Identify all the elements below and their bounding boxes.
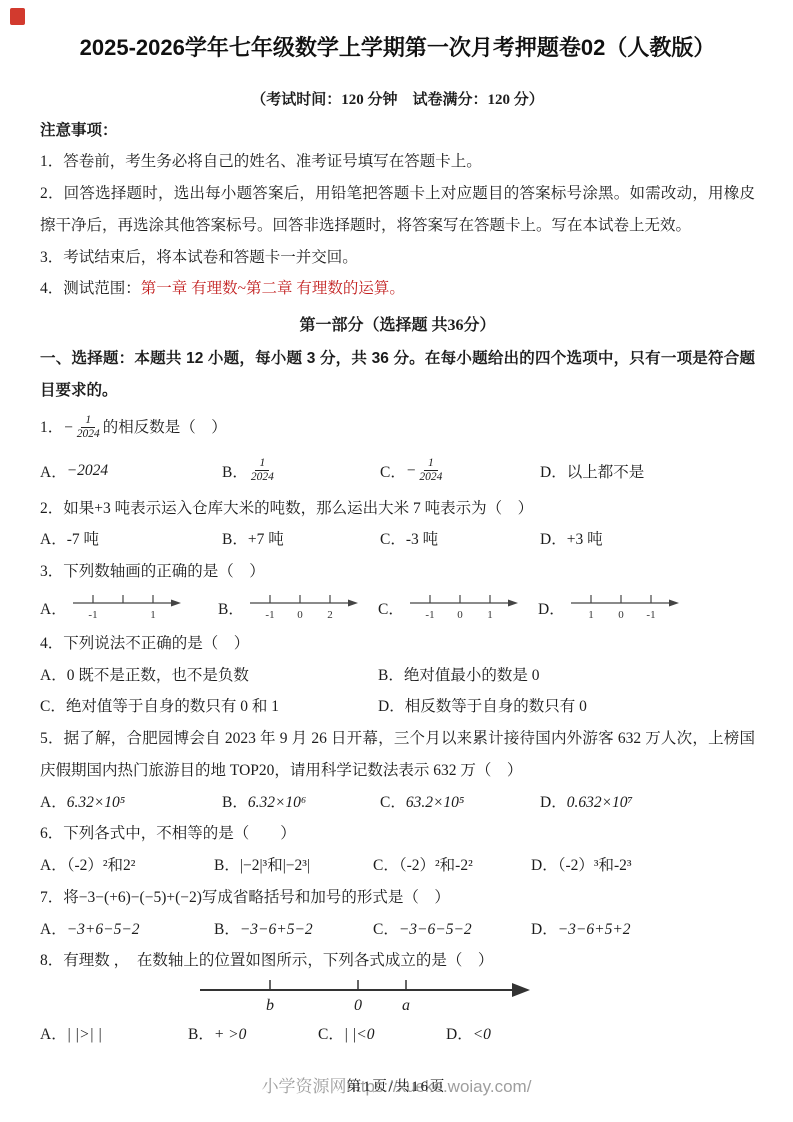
option-text: +7 吨: [248, 531, 284, 548]
option-label: D．: [540, 531, 567, 548]
option-a: A．-7 吨: [40, 524, 222, 556]
fraction-denominator: 2024: [250, 471, 275, 484]
option-text: （-2）³和-2³: [558, 857, 632, 874]
option-text: 绝对值等于自身的数只有 0 和 1: [66, 698, 279, 715]
option-text: 相反数等于自身的数只有 0: [405, 698, 587, 715]
notice-item-4-test-range: 第一章 有理数~第二章 有理数的运算。: [141, 280, 405, 297]
question-4-stem: 4．下列说法不正确的是（ ）: [40, 628, 755, 660]
option-minus: −: [406, 462, 416, 480]
option-label: C．: [380, 460, 406, 482]
fraction-denominator: 2024: [418, 471, 443, 484]
question-4-options-row-2: C．绝对值等于自身的数只有 0 和 1 D．相反数等于自身的数只有 0: [40, 691, 755, 723]
option-b: B． -1 0 2: [218, 592, 378, 624]
option-text: -3 吨: [406, 531, 438, 548]
question-8-options: A．| |>| | B．+ >0 C．| |<0 D．<0: [40, 1019, 755, 1051]
option-text: −3+6−5−2: [67, 921, 140, 938]
tick-label: 1: [150, 609, 156, 621]
option-c: C．63.2×10⁵: [380, 787, 540, 819]
option-label: C．: [318, 1026, 344, 1043]
option-label: C．: [380, 531, 406, 548]
option-label: A．: [40, 667, 67, 684]
question-7-stem: 7．将−3−(+6)−(−5)+(−2)写成省略括号和加号的形式是（ ）: [40, 882, 755, 914]
option-label: C．: [378, 597, 404, 619]
option-text: 0.632×10⁷: [567, 794, 633, 811]
option-label: A．: [40, 1026, 67, 1043]
tick-label: -1: [88, 609, 97, 621]
option-text: −3−6−5−2: [399, 921, 472, 938]
option-a: A．| |>| |: [40, 1019, 188, 1051]
red-document-icon: [10, 8, 25, 25]
option-a: A．−2024: [40, 460, 222, 482]
fraction-numerator: 1: [81, 414, 95, 428]
option-label: D．: [446, 1026, 473, 1043]
tick-label-b: b: [266, 997, 274, 1014]
question-8-figure: b 0 a: [200, 977, 755, 1019]
tick-label: 0: [297, 609, 303, 621]
option-label: B．: [222, 460, 248, 482]
number-line-figure: 1 0 -1: [569, 592, 681, 624]
option-text: | |>| |: [67, 1026, 102, 1043]
tick-label: 1: [487, 609, 493, 621]
question-6-stem: 6．下列各式中，不相等的是（ ）: [40, 818, 755, 850]
option-text: −2024: [67, 462, 108, 480]
option-label: C．: [380, 794, 406, 811]
option-label: B．: [378, 667, 404, 684]
exam-title: 2025-2026学年七年级数学上学期第一次月考押题卷02（人教版）: [40, 34, 755, 63]
option-c: C． -1 0 1: [378, 592, 538, 624]
tick-label-zero: 0: [354, 997, 362, 1014]
tick-label: 0: [618, 609, 624, 621]
question-5-stem: 5．据了解，合肥园博会自 2023 年 9 月 26 日开幕，三个月以来累计接待…: [40, 723, 755, 787]
option-label: A．: [40, 531, 67, 548]
question-2-stem: 2．如果+3 吨表示运入仓库大米的吨数，那么运出大米 7 吨表示为（ ）: [40, 493, 755, 525]
option-c: C．−12024: [380, 457, 540, 484]
option-label: D．: [378, 698, 405, 715]
tick-label: -1: [425, 609, 434, 621]
option-b: B．+ >0: [188, 1019, 318, 1051]
fraction: 12024: [250, 457, 275, 484]
option-label: B．: [214, 857, 240, 874]
option-a: A．0 既不是正数，也不是负数: [40, 660, 378, 692]
option-text: 绝对值最小的数是 0: [404, 667, 540, 684]
option-label: C．: [373, 921, 399, 938]
option-text: |−2|³和|−2³|: [240, 857, 310, 874]
option-label: A．: [40, 857, 67, 874]
option-text: −3−6+5−2: [240, 921, 313, 938]
option-text: （-2）²和2²: [67, 857, 136, 874]
question-4-options-row-1: A．0 既不是正数，也不是负数 B．绝对值最小的数是 0: [40, 660, 755, 692]
fraction-denominator: 2024: [76, 428, 101, 441]
option-text: 6.32×10⁶: [248, 794, 306, 811]
option-label: A．: [40, 460, 67, 482]
notice-item-2: 2．回答选择题时，选出每小题答案后，用铅笔把答题卡上对应题目的答案标号涂黑。如需…: [40, 178, 755, 242]
option-a: A． -1 1: [40, 592, 218, 624]
exam-paper-page: 2025-2026学年七年级数学上学期第一次月考押题卷02（人教版） （考试时间…: [0, 0, 793, 1122]
question-2-options: A．-7 吨 B．+7 吨 C．-3 吨 D．+3 吨: [40, 524, 755, 556]
notice-heading: 注意事项：: [40, 115, 755, 147]
number-line-figure: -1 1: [71, 592, 183, 624]
option-b: B．绝对值最小的数是 0: [378, 660, 755, 692]
number-line-figure: b 0 a: [200, 977, 535, 1019]
option-b: B．|−2|³和|−2³|: [214, 850, 373, 882]
page-content: 2025-2026学年七年级数学上学期第一次月考押题卷02（人教版） （考试时间…: [0, 0, 793, 1051]
question-1-text: 的相反数是（ ）: [103, 412, 227, 444]
question-6-options: A．（-2）²和2² B．|−2|³和|−2³| C．（-2）²和-2² D．（…: [40, 850, 755, 882]
option-d: D．0.632×10⁷: [540, 787, 755, 819]
option-label: B．: [222, 531, 248, 548]
option-label: B．: [214, 921, 240, 938]
option-text: 以上都不是: [567, 460, 645, 482]
tick-label: 1: [588, 609, 594, 621]
option-label: A．: [40, 794, 67, 811]
option-text: +3 吨: [567, 531, 603, 548]
option-d: D．（-2）³和-2³: [531, 850, 755, 882]
option-text: 0 既不是正数，也不是负数: [67, 667, 249, 684]
option-label: D．: [538, 597, 565, 619]
option-text: 6.32×10⁵: [67, 794, 125, 811]
option-text: <0: [473, 1026, 491, 1043]
option-c: C．（-2）²和-2²: [373, 850, 531, 882]
option-c: C．-3 吨: [380, 524, 540, 556]
option-d: D． 1 0 -1: [538, 592, 755, 624]
question-7-options: A．−3+6−5−2 B．−3−6+5−2 C．−3−6−5−2 D．−3−6+…: [40, 914, 755, 946]
tick-label: -1: [265, 609, 274, 621]
option-a: A．6.32×10⁵: [40, 787, 222, 819]
fraction: 12024: [76, 414, 101, 441]
option-text: -7 吨: [67, 531, 99, 548]
option-label: B．: [222, 794, 248, 811]
option-label: D．: [540, 460, 567, 482]
option-label: A．: [40, 921, 67, 938]
tick-label: 2: [327, 609, 333, 621]
option-d: D．<0: [446, 1019, 755, 1051]
option-c: C．| |<0: [318, 1019, 446, 1051]
option-d: D．以上都不是: [540, 460, 755, 482]
tick-label: 0: [457, 609, 463, 621]
fraction: 12024: [418, 457, 443, 484]
question-5-options: A．6.32×10⁵ B．6.32×10⁶ C．63.2×10⁵ D．0.632…: [40, 787, 755, 819]
exam-info: （考试时间：120 分钟 试卷满分：120 分）: [40, 85, 755, 115]
question-1-minus: −: [63, 412, 73, 444]
option-b: B．6.32×10⁶: [222, 787, 380, 819]
section1-instruction: 一、选择题：本题共 12 小题，每小题 3 分，共 36 分。在每小题给出的四个…: [40, 343, 755, 407]
number-line-figure: -1 0 1: [408, 592, 520, 624]
option-label: D．: [531, 857, 558, 874]
option-a: A．（-2）²和2²: [40, 850, 214, 882]
option-a: A．−3+6−5−2: [40, 914, 214, 946]
question-1-stem: 1． − 12024 的相反数是（ ）: [40, 407, 755, 449]
notice-item-3: 3．考试结束后，将本试卷和答题卡一并交回。: [40, 242, 755, 274]
option-c: C．绝对值等于自身的数只有 0 和 1: [40, 691, 378, 723]
question-8-stem: 8．有理数 ， 在数轴上的位置如图所示，下列各式成立的是（ ）: [40, 945, 755, 977]
notice-item-1: 1．答卷前，考生务必将自己的姓名、准考证号填写在答题卡上。: [40, 146, 755, 178]
option-text: （-2）²和-2²: [399, 857, 473, 874]
option-b: B．−3−6+5−2: [214, 914, 373, 946]
option-text: | |<0: [344, 1026, 375, 1043]
page-footer: 小学资源网https://xueke.woiay.com/ 第1页/共16页: [0, 1070, 793, 1104]
option-label: D．: [531, 921, 558, 938]
question-3-stem: 3．下列数轴画的正确的是（ ）: [40, 556, 755, 588]
option-label: C．: [373, 857, 399, 874]
question-1-number: 1．: [40, 412, 63, 444]
option-label: A．: [40, 597, 67, 619]
option-label: B．: [188, 1026, 214, 1043]
tick-label: -1: [646, 609, 655, 621]
question-3-options: A． -1 1 B．: [40, 588, 755, 628]
option-label: B．: [218, 597, 244, 619]
option-label: D．: [540, 794, 567, 811]
number-line-figure: -1 0 2: [248, 592, 360, 624]
option-b: B．12024: [222, 457, 380, 484]
option-d: D．+3 吨: [540, 524, 755, 556]
notice-item-4-prefix: 4．测试范围：: [40, 280, 141, 297]
page-indicator: 第1页/共16页: [347, 1075, 447, 1096]
option-label: C．: [40, 698, 66, 715]
option-d: D．−3−6+5+2: [531, 914, 755, 946]
section1-heading: 第一部分（选择题 共36分）: [40, 310, 755, 343]
tick-label-a: a: [402, 997, 410, 1014]
option-text: + >0: [214, 1026, 247, 1043]
option-d: D．相反数等于自身的数只有 0: [378, 691, 755, 723]
notice-item-4: 4．测试范围：第一章 有理数~第二章 有理数的运算。: [40, 273, 755, 305]
option-b: B．+7 吨: [222, 524, 380, 556]
fraction-numerator: 1: [424, 457, 438, 471]
option-text: −3−6+5+2: [558, 921, 631, 938]
option-text: 63.2×10⁵: [406, 794, 464, 811]
option-c: C．−3−6−5−2: [373, 914, 531, 946]
fraction-numerator: 1: [255, 457, 269, 471]
question-1-options: A．−2024 B．12024 C．−12024 D．以上都不是: [40, 449, 755, 493]
